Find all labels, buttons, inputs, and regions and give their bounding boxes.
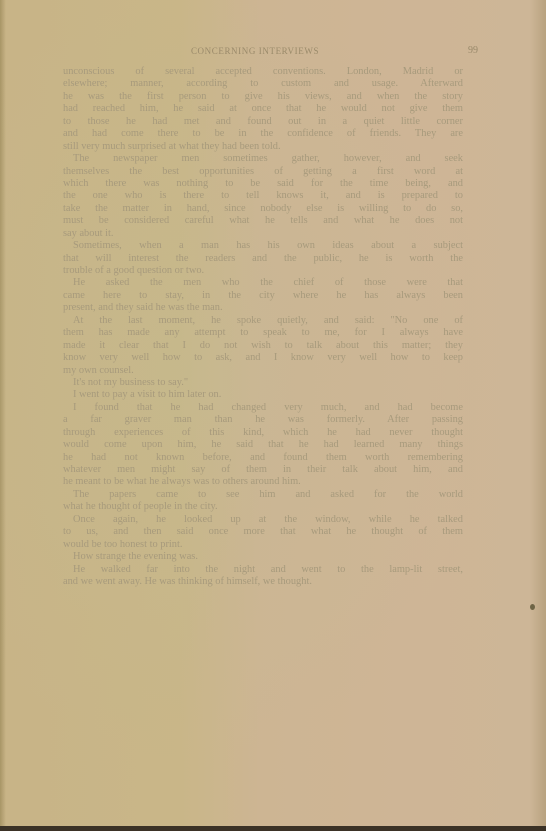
text-line: trouble of a good question or two. — [63, 265, 463, 277]
text-line: he meant to be what he always was to oth… — [63, 476, 463, 488]
text-line: made it clear that I do not wish to talk… — [63, 340, 463, 352]
text-line: Once again, he looked up at the window, … — [63, 514, 463, 526]
text-line: He asked the men who the chief of those … — [63, 277, 463, 289]
text-line: still very much surprised at what they h… — [63, 141, 463, 153]
text-line: know very well how to ask, and I know ve… — [63, 352, 463, 364]
text-line: I found that he had changed very much, a… — [63, 402, 463, 414]
text-line: my own counsel. — [63, 365, 463, 377]
text-line: and we went away. He was thinking of him… — [63, 576, 463, 588]
text-line: take the matter in hand, since nobody el… — [63, 203, 463, 215]
text-line: The newspaper men sometimes gather, howe… — [63, 153, 463, 165]
text-line: present, and they said he was the man. — [63, 302, 463, 314]
text-line: them has made any attempt to speak to me… — [63, 327, 463, 339]
text-line: Sometimes, when a man has his own ideas … — [63, 240, 463, 252]
text-line: I went to pay a visit to him later on. — [63, 389, 463, 401]
text-line: he had not known before, and found them … — [63, 452, 463, 464]
text-line: At the last moment, he spoke quietly, an… — [63, 315, 463, 327]
text-line: that will interest the readers and the p… — [63, 253, 463, 265]
text-line: The papers came to see him and asked for… — [63, 489, 463, 501]
text-line: a far graver man than he was formerly. A… — [63, 414, 463, 426]
text-line: to us, and then said once more that what… — [63, 526, 463, 538]
text-line: to those he had met and found out in a q… — [63, 116, 463, 128]
text-line: must be considered careful what he tells… — [63, 215, 463, 227]
running-head: CONCERNING INTERVIEWS — [175, 46, 335, 56]
text-line: the one who is there to tell knows it, a… — [63, 190, 463, 202]
text-line: It's not my business to say." — [63, 377, 463, 389]
text-line: which there was nothing to be said for t… — [63, 178, 463, 190]
text-line: themselves the best opportunities of get… — [63, 166, 463, 178]
text-line: He walked far into the night and went to… — [63, 564, 463, 576]
text-line: he was the first person to give his view… — [63, 91, 463, 103]
text-line: elsewhere; manner, according to custom a… — [63, 78, 463, 90]
text-line: unconscious of several accepted conventi… — [63, 66, 463, 78]
text-line: and had come there to be in the confiden… — [63, 128, 463, 140]
text-line: what he thought of people in the city. — [63, 501, 463, 513]
text-line: came here to stay, in the city where he … — [63, 290, 463, 302]
body-text: unconscious of several accepted conventi… — [63, 66, 463, 588]
text-line: through experiences of this kind, which … — [63, 427, 463, 439]
text-line: would come upon him, he said that he had… — [63, 439, 463, 451]
text-line: had reached him, he said at once that he… — [63, 103, 463, 115]
text-line: whatever men might say of them in their … — [63, 464, 463, 476]
text-line: say about it. — [63, 228, 463, 240]
text-line: would be too honest to print. — [63, 539, 463, 551]
page-number: 99 — [468, 45, 478, 56]
bottom-edge-shadow — [0, 826, 546, 831]
ink-spot — [530, 604, 535, 610]
text-line: How strange the evening was. — [63, 551, 463, 563]
